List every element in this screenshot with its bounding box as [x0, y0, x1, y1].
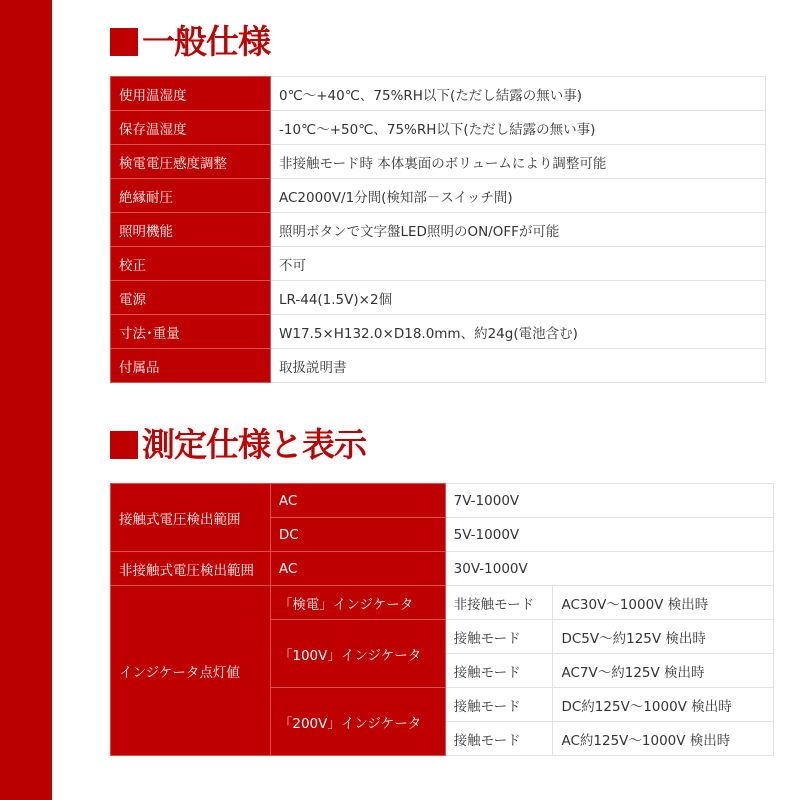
indicator-mode: 接触モード [445, 722, 553, 756]
table-row: 保存温湿度 -10℃～+50℃、75%RH以下(ただし結露の無い事) [111, 111, 766, 145]
indicator-mode: 接触モード [445, 654, 553, 688]
table-row: 接触式電圧検出範囲 AC 7V-1000V [111, 484, 774, 518]
square-bullet-icon [110, 431, 138, 459]
current-type: DC [270, 518, 445, 552]
spec-value: LR-44(1.5V)×2個 [271, 281, 766, 315]
measurement-spec-table: 接触式電圧検出範囲 AC 7V-1000V DC 5V-1000V 非接触式電圧… [110, 483, 774, 756]
table-row: 絶縁耐圧 AC2000V/1分間(検知部－スイッチ間) [111, 179, 766, 213]
spec-value: 不可 [271, 247, 766, 281]
square-bullet-icon [110, 28, 138, 56]
spec-label: 校正 [111, 247, 271, 281]
spec-value: W17.5×H132.0×D18.0mm、約24g(電池含む) [271, 315, 766, 349]
spec-label: 付属品 [111, 349, 271, 383]
table-row: 校正 不可 [111, 247, 766, 281]
current-type: AC [270, 552, 445, 586]
indicator-value: DC5V～約125V 検出時 [553, 620, 774, 654]
spec-label: 寸法･重量 [111, 315, 271, 349]
general-spec-table: 使用温湿度 0℃～+40℃、75%RH以下(ただし結露の無い事) 保存温湿度 -… [110, 76, 766, 383]
left-accent-bar [0, 0, 52, 800]
range-value: 7V-1000V [445, 484, 773, 518]
range-value: 5V-1000V [445, 518, 773, 552]
indicator-name: 「検電」インジケータ [270, 586, 445, 620]
section-title-measurement: 測定仕様と表示 [110, 425, 366, 465]
spec-value: 取扱説明書 [271, 349, 766, 383]
spec-value: AC2000V/1分間(検知部－スイッチ間) [271, 179, 766, 213]
noncontact-range-label: 非接触式電圧検出範囲 [111, 552, 271, 586]
spec-label: 電源 [111, 281, 271, 315]
spec-label: 照明機能 [111, 213, 271, 247]
table-row: 付属品 取扱説明書 [111, 349, 766, 383]
spec-label: 保存温湿度 [111, 111, 271, 145]
spec-label: 使用温湿度 [111, 77, 271, 111]
table-row: 電源 LR-44(1.5V)×2個 [111, 281, 766, 315]
spec-label: 絶縁耐圧 [111, 179, 271, 213]
current-type: AC [270, 484, 445, 518]
indicator-mode: 接触モード [445, 688, 553, 722]
section-title-general: 一般仕様 [110, 22, 270, 62]
spec-value: 非接触モード時 本体裏面のボリュームにより調整可能 [271, 145, 766, 179]
section-title-general-text: 一般仕様 [142, 22, 270, 62]
spec-value: 照明ボタンで文字盤LED照明のON/OFFが可能 [271, 213, 766, 247]
spec-value: 0℃～+40℃、75%RH以下(ただし結露の無い事) [271, 77, 766, 111]
indicator-value: AC約125V～1000V 検出時 [553, 722, 774, 756]
indicator-name: 「200V」インジケータ [270, 688, 445, 756]
indicator-name: 「100V」インジケータ [270, 620, 445, 688]
table-row: 寸法･重量 W17.5×H132.0×D18.0mm、約24g(電池含む) [111, 315, 766, 349]
indicator-value: DC約125V～1000V 検出時 [553, 688, 774, 722]
indicator-value: AC30V～1000V 検出時 [553, 586, 774, 620]
table-row: 照明機能 照明ボタンで文字盤LED照明のON/OFFが可能 [111, 213, 766, 247]
indicator-mode: 非接触モード [445, 586, 553, 620]
contact-range-label: 接触式電圧検出範囲 [111, 484, 271, 552]
table-row: 使用温湿度 0℃～+40℃、75%RH以下(ただし結露の無い事) [111, 77, 766, 111]
indicator-mode: 接触モード [445, 620, 553, 654]
table-row: 検電電圧感度調整 非接触モード時 本体裏面のボリュームにより調整可能 [111, 145, 766, 179]
spec-label: 検電電圧感度調整 [111, 145, 271, 179]
section-title-measurement-text: 測定仕様と表示 [142, 425, 366, 465]
table-row: インジケータ点灯値 「検電」インジケータ 非接触モード AC30V～1000V … [111, 586, 774, 620]
table-row: 非接触式電圧検出範囲 AC 30V-1000V [111, 552, 774, 586]
spec-value: -10℃～+50℃、75%RH以下(ただし結露の無い事) [271, 111, 766, 145]
range-value: 30V-1000V [445, 552, 773, 586]
indicator-value: AC7V～約125V 検出時 [553, 654, 774, 688]
indicator-label: インジケータ点灯値 [111, 586, 271, 756]
